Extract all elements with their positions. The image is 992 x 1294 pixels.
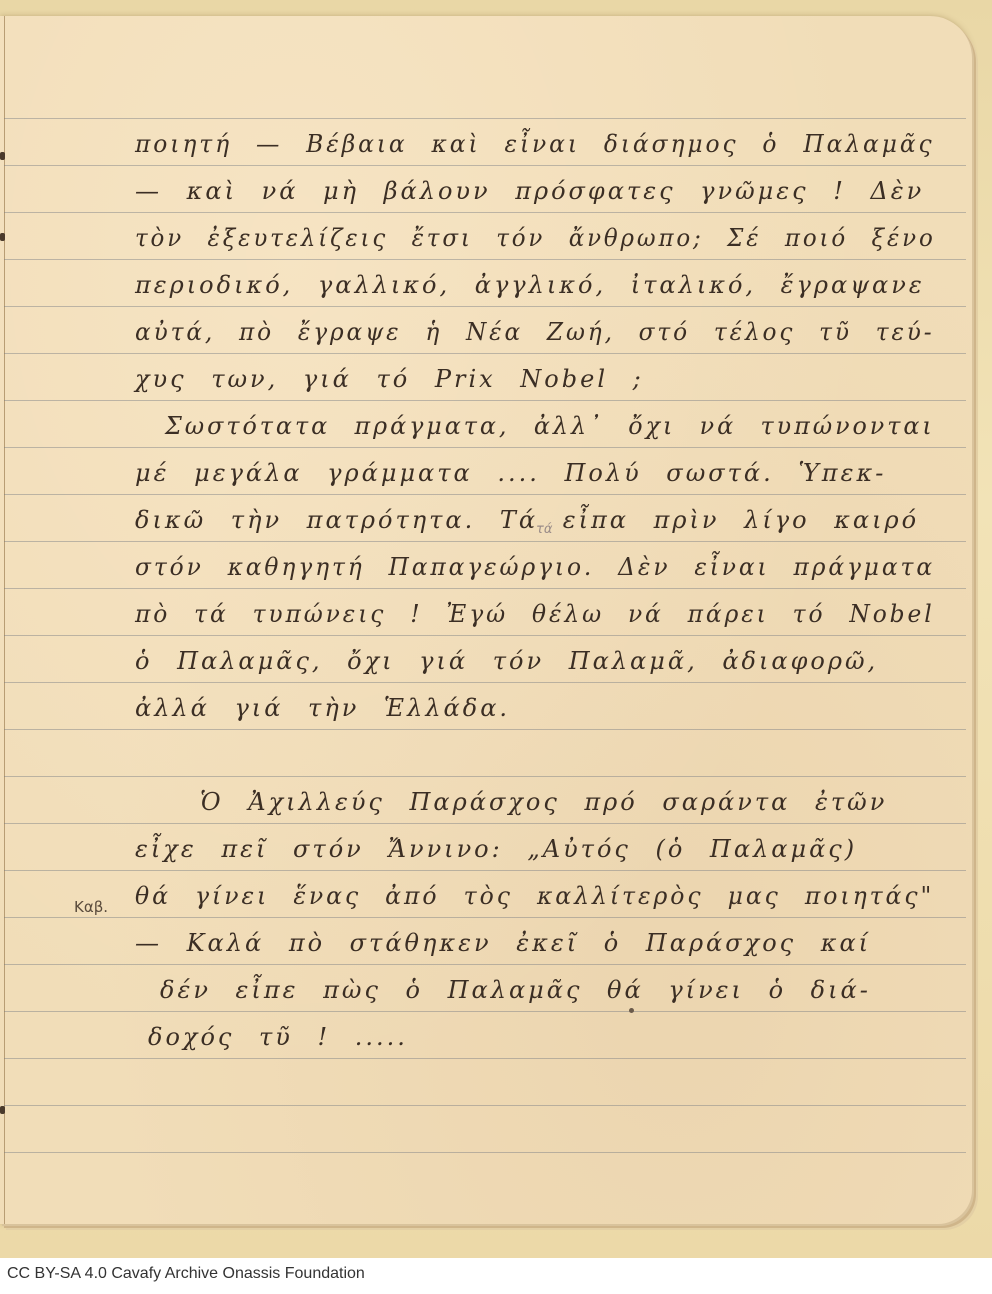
handwritten-line: δοχός τῦ ! ..... xyxy=(0,1013,972,1059)
handwritten-line: θά γίνει ἕνας ἀπό τὸς καλλίτερὸς μας ποι… xyxy=(0,872,972,918)
handwritten-line: Σωστότατα πράγματα, ἀλλ᾽ ὄχι νά τυπώνοντ… xyxy=(0,402,972,448)
handwritten-line: ποιητή — Βέβαια καὶ εἶναι διάσημος ὁ Παλ… xyxy=(0,120,972,166)
line-text: ὁ Παλαμᾶς, ὄχι γιά τόν Παλαμᾶ, ἀδιαφορῶ, xyxy=(135,647,878,675)
ruled-line xyxy=(4,776,966,777)
line-text: θά γίνει ἕνας ἀπό τὸς καλλίτερὸς μας ποι… xyxy=(135,882,934,910)
line-text: Ὁ Ἀχιλλεύς Παράσχος πρό σαράντα ἐτῶν xyxy=(200,788,887,816)
pencil-insertion: τά xyxy=(536,522,552,537)
handwritten-line: — Καλά πὸ στάθηκεν ἐκεῖ ὁ Παράσχος καί xyxy=(0,919,972,965)
line-text: τὸν ἐξευτελίζεις ἔτσι τόν ἄνθρωπο; Σέ πο… xyxy=(135,224,936,252)
ruled-line xyxy=(4,1152,966,1153)
handwritten-line: στόν καθηγητή Παπαγεώργιο. Δὲν εἶναι πρά… xyxy=(0,543,972,589)
handwritten-line: — καὶ νά μὴ βάλουν πρόσφατες γνῶμες ! Δὲ… xyxy=(0,167,972,213)
handwritten-line: χυς των, γιά τό Prix Nobel ; xyxy=(0,355,972,401)
handwritten-line: τὸν ἐξευτελίζεις ἔτσι τόν ἄνθρωπο; Σέ πο… xyxy=(0,214,972,260)
line-text: εἶχε πεῖ στόν Ἄννινο: „Αὐτός (ὁ Παλαμᾶς) xyxy=(135,835,857,863)
handwritten-line: δικῶ τὴν πατρότητα. Τά εἶπα πρὶν λίγο κα… xyxy=(0,496,972,542)
line-text: ἀλλά γιά τὴν Ἑλλάδα. xyxy=(135,694,510,722)
handwritten-line: ἀλλά γιά τὴν Ἑλλάδα. xyxy=(0,684,972,730)
handwritten-line: αὐτά, πὸ ἔγραψε ἡ Νέα Ζωή, στό τέλος τῦ … xyxy=(0,308,972,354)
line-text: στόν καθηγητή Παπαγεώργιο. Δὲν εἶναι πρά… xyxy=(135,553,935,581)
ink-dot xyxy=(629,1008,634,1013)
line-text: περιοδικό, γαλλικό, ἀγγλικό, ἰταλικό, ἔγ… xyxy=(135,271,925,299)
handwritten-line: περιοδικό, γαλλικό, ἀγγλικό, ἰταλικό, ἔγ… xyxy=(0,261,972,307)
line-text: — Καλά πὸ στάθηκεν ἐκεῖ ὁ Παράσχος καί xyxy=(135,929,871,957)
scanned-notebook-page: ποιητή — Βέβαια καὶ εἶναι διάσημος ὁ Παλ… xyxy=(0,0,992,1258)
line-text: Σωστότατα πράγματα, ἀλλ᾽ ὄχι νά τυπώνοντ… xyxy=(165,412,935,440)
ruled-line xyxy=(4,118,966,119)
handwritten-line: πὸ τά τυπώνεις ! Ἐγώ θέλω νά πάρει τό No… xyxy=(0,590,972,636)
license-caption: CC BY-SA 4.0 Cavafy Archive Onassis Foun… xyxy=(7,1265,365,1283)
ruled-line xyxy=(4,1105,966,1106)
binding-hole xyxy=(0,1106,5,1114)
line-text: δοχός τῦ ! ..... xyxy=(148,1023,408,1051)
handwritten-line: εἶχε πεῖ στόν Ἄννινο: „Αὐτός (ὁ Παλαμᾶς) xyxy=(0,825,972,871)
line-text: δικῶ τὴν πατρότητα. Τά εἶπα πρὶν λίγο κα… xyxy=(135,506,919,534)
handwritten-line: ὁ Παλαμᾶς, ὄχι γιά τόν Παλαμᾶ, ἀδιαφορῶ, xyxy=(0,637,972,683)
handwritten-line: μέ μεγάλα γράμματα .... Πολύ σωστά. Ὑπεκ… xyxy=(0,449,972,495)
line-text: πὸ τά τυπώνεις ! Ἐγώ θέλω νά πάρει τό No… xyxy=(135,600,935,628)
line-text: — καὶ νά μὴ βάλουν πρόσφατες γνῶμες ! Δὲ… xyxy=(135,177,924,205)
handwritten-line: δέν εἶπε πὼς ὁ Παλαμᾶς θά γίνει ὁ διά- xyxy=(0,966,972,1012)
line-text: χυς των, γιά τό Prix Nobel ; xyxy=(135,365,644,393)
line-text: μέ μεγάλα γράμματα .... Πολύ σωστά. Ὑπεκ… xyxy=(135,459,886,487)
line-text: ποιητή — Βέβαια καὶ εἶναι διάσημος ὁ Παλ… xyxy=(135,130,935,158)
line-text: δέν εἶπε πὼς ὁ Παλαμᾶς θά γίνει ὁ διά- xyxy=(160,976,871,1004)
line-text: αὐτά, πὸ ἔγραψε ἡ Νέα Ζωή, στό τέλος τῦ … xyxy=(135,318,935,346)
handwritten-line: Ὁ Ἀχιλλεύς Παράσχος πρό σαράντα ἐτῶν xyxy=(0,778,972,824)
margin-annotation: Καβ. xyxy=(74,898,108,916)
